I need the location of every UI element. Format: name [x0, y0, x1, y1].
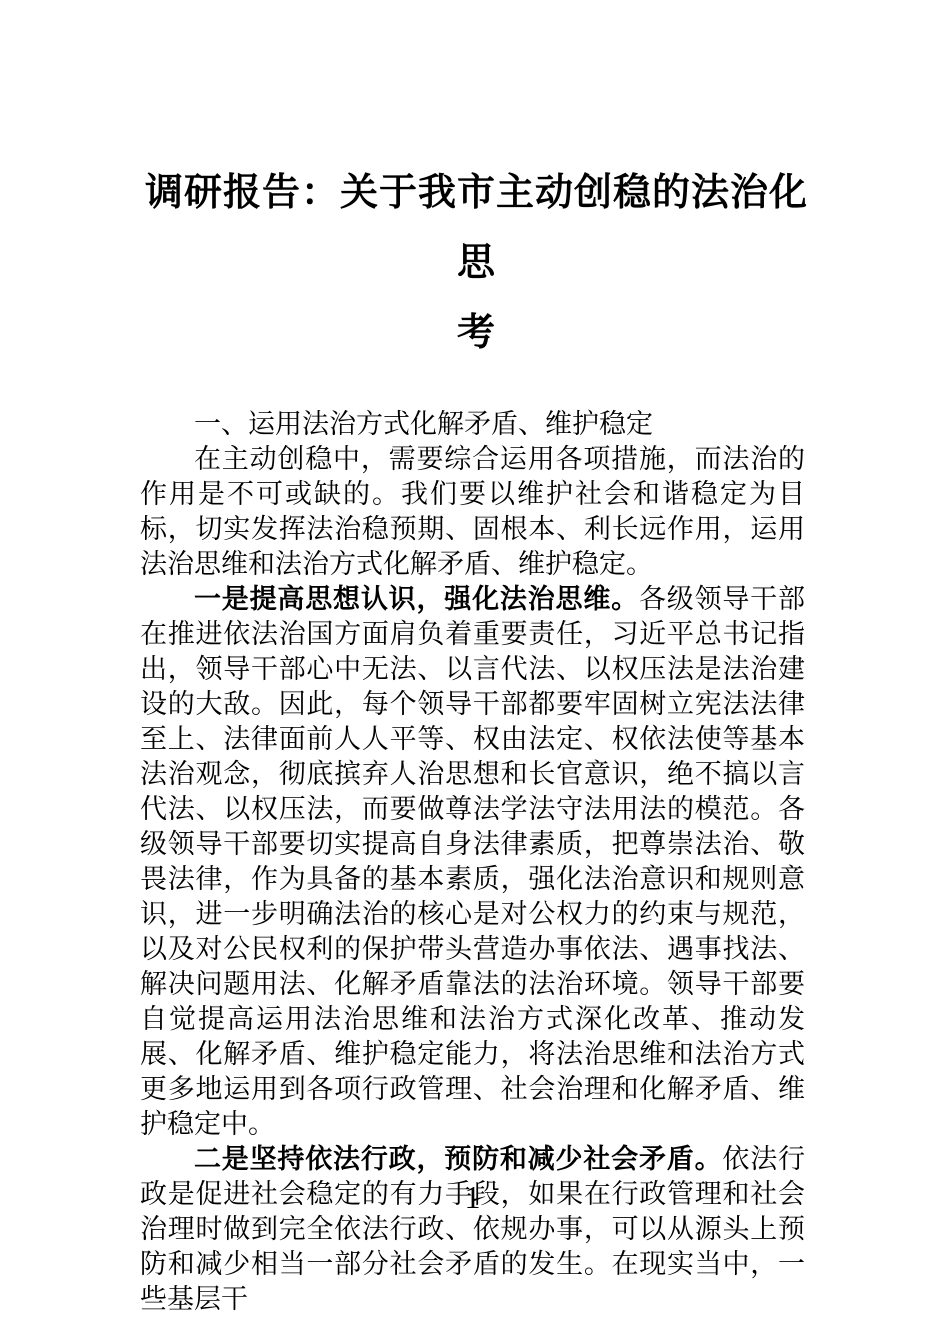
document-title: 调研报告：关于我市主动创稳的法治化思 考 [143, 0, 810, 368]
paragraph-1-text: 在主动创稳中，需要综合运用各项措施，而法治的作用是不可或缺的。我们要以维护社会和… [140, 444, 805, 579]
paragraph-2: 一是提高思想认识，强化法治思维。各级领导干部在推进依法治国方面肩负着重要责任，习… [140, 582, 805, 1142]
section-heading: 一、运用法治方式化解矛盾、维护稳定 [140, 407, 805, 442]
paragraph-3-lead: 二是坚持依法行政，预防和减少社会矛盾。 [194, 1144, 722, 1174]
paragraph-2-lead: 一是提高思想认识，强化法治思维。 [194, 584, 639, 614]
document-page: 调研报告：关于我市主动创稳的法治化思 考 一、运用法治方式化解矛盾、维护稳定 在… [0, 0, 950, 1344]
section-heading-text: 一、运用法治方式化解矛盾、维护稳定 [194, 409, 653, 439]
paragraph-1: 在主动创稳中，需要综合运用各项措施，而法治的作用是不可或缺的。我们要以维护社会和… [140, 442, 805, 582]
paragraph-2-text: 各级领导干部在推进依法治国方面肩负着重要责任，习近平总书记指出，领导干部心中无法… [140, 584, 805, 1139]
paragraph-3: 二是坚持依法行政，预防和减少社会矛盾。依法行政是促进社会稳定的有力手段，如果在行… [140, 1142, 805, 1317]
title-line-2: 考 [143, 298, 810, 368]
page-number: 1 [140, 1180, 805, 1215]
title-line-1: 调研报告：关于我市主动创稳的法治化思 [143, 158, 810, 298]
page-number-text: 1 [465, 1179, 481, 1215]
